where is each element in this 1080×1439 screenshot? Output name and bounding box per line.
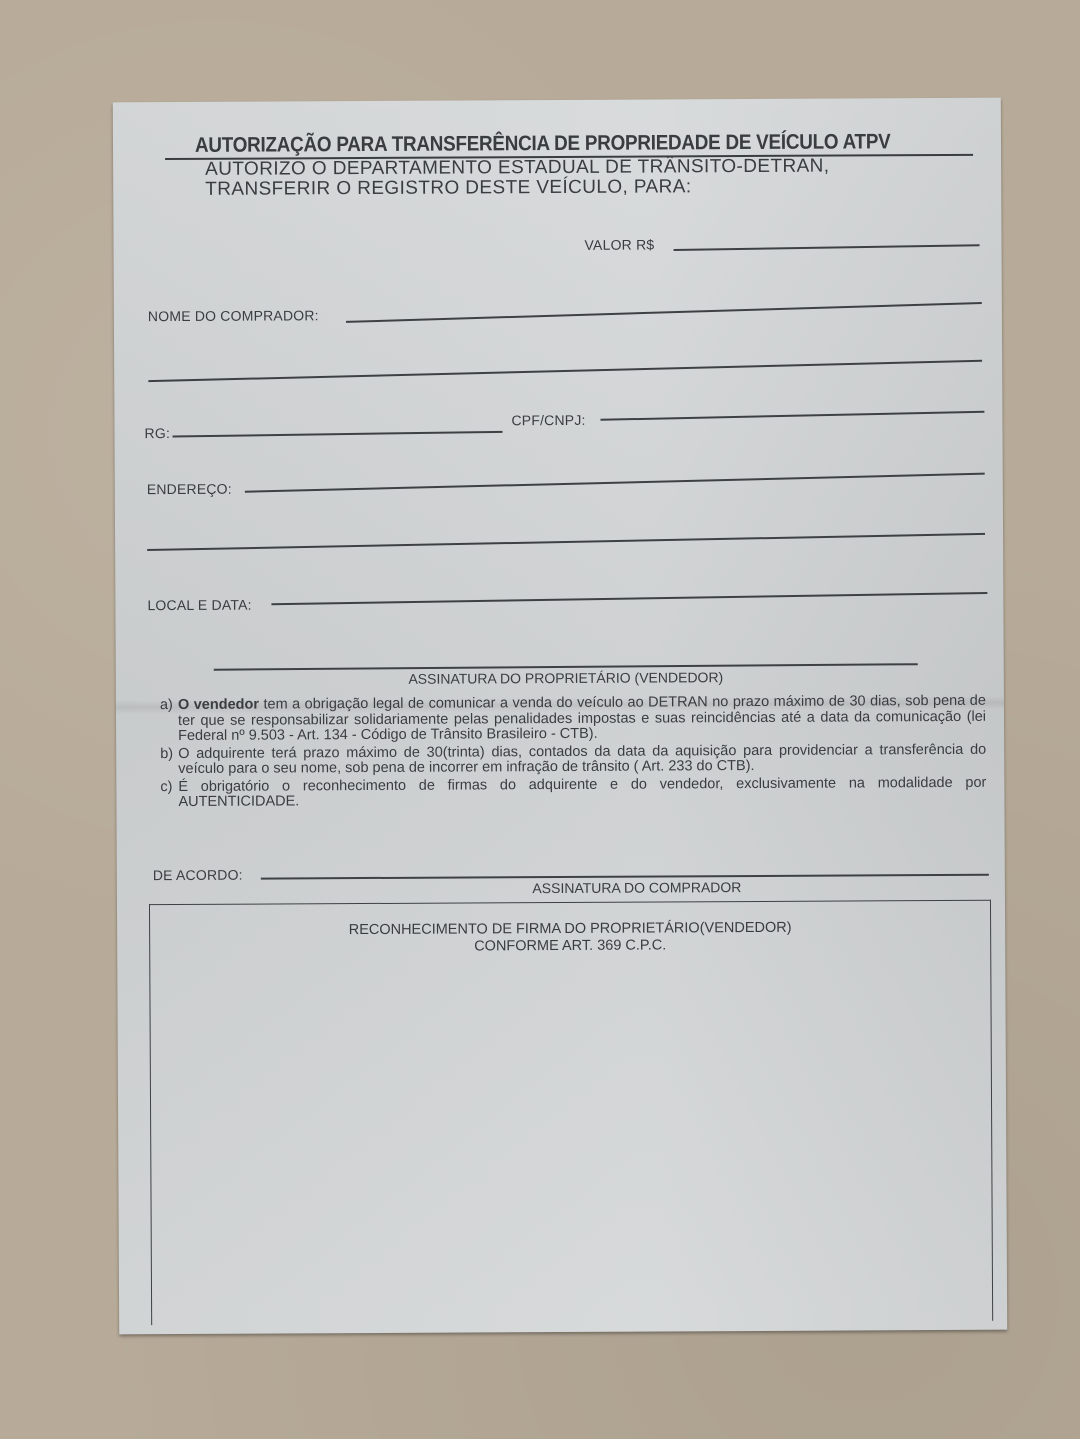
form-title: AUTORIZAÇÃO PARA TRANSFERÊNCIA DE PROPRI… <box>195 130 891 158</box>
valor-field[interactable] <box>674 244 980 250</box>
notary-recognition-box[interactable]: RECONHECIMENTO DE FIRMA DO PROPRIETÁRIO(… <box>149 900 993 1325</box>
legal-clauses: a) O vendedor tem a obrigação legal de c… <box>160 694 987 813</box>
endereco-field-line2[interactable] <box>147 533 985 551</box>
rg-field[interactable] <box>173 431 503 437</box>
nome-comprador-field-line2[interactable] <box>148 360 982 382</box>
buyer-signature-caption: ASSINATURA DO COMPRADOR <box>377 878 897 897</box>
clause-text: O adquirente terá prazo máximo de 30(tri… <box>178 742 986 777</box>
clause-marker: a) <box>160 698 178 745</box>
seller-signature-caption: ASSINATURA DO PROPRIETÁRIO (VENDEDOR) <box>214 668 918 688</box>
cpf-cnpj-field[interactable] <box>600 411 984 421</box>
de-acordo-label: DE ACORDO: <box>153 867 243 883</box>
clause-b: b) O adquirente terá prazo máximo de 30(… <box>160 742 986 777</box>
atpv-form-paper: AUTORIZAÇÃO PARA TRANSFERÊNCIA DE PROPRI… <box>113 98 1007 1335</box>
clause-text: É obrigatório o reconhecimento de firmas… <box>178 775 986 810</box>
clause-marker: b) <box>160 746 178 777</box>
nome-comprador-label: NOME DO COMPRADOR: <box>148 307 319 324</box>
clause-a: a) O vendedor tem a obrigação legal de c… <box>160 694 986 745</box>
local-data-field[interactable] <box>271 592 987 605</box>
notary-box-heading: RECONHECIMENTO DE FIRMA DO PROPRIETÁRIO(… <box>150 919 990 957</box>
clause-bold: O vendedor <box>178 697 259 713</box>
local-data-label: LOCAL E DATA: <box>147 597 251 614</box>
rg-label: RG: <box>144 425 170 441</box>
clause-c: c) É obrigatório o reconhecimento de fir… <box>160 775 986 810</box>
clause-marker: c) <box>160 779 178 810</box>
authorization-text: AUTORIZO O DEPARTAMENTO ESTADUAL DE TRÂN… <box>205 157 830 200</box>
cpf-cnpj-label: CPF/CNPJ: <box>511 412 585 428</box>
clause-text: tem a obrigação legal de comunicar a ven… <box>178 693 986 744</box>
nome-comprador-field[interactable] <box>346 302 982 322</box>
valor-label: VALOR R$ <box>584 236 654 252</box>
endereco-field[interactable] <box>245 473 985 493</box>
endereco-label: ENDEREÇO: <box>147 481 232 497</box>
intro-line-2: TRANSFERIR O REGISTRO DESTE VEÍCULO, PAR… <box>205 177 829 200</box>
notary-heading-line-2: CONFORME ART. 369 C.P.C. <box>150 936 990 957</box>
